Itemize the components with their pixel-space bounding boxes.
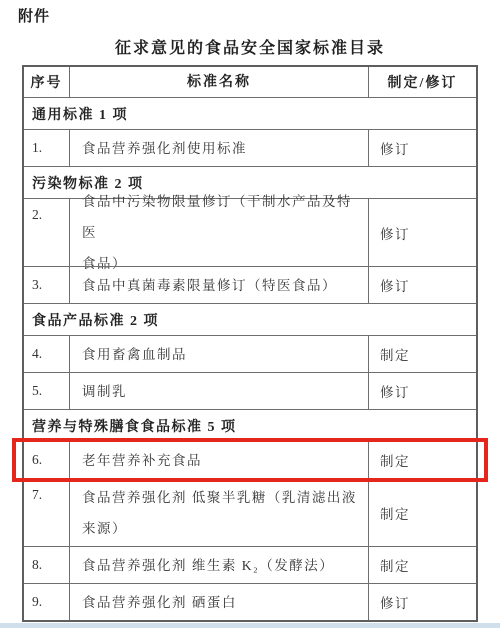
table-row: 3. 食品中真菌毒素限量修订（特医食品） 修订 [24,266,476,303]
table-row: 4. 食用畜禽血制品 制定 [24,335,476,372]
row-name-cell: 食品营养强化剂 硒蛋白 [70,584,369,620]
row-index-cell: 2. [24,199,70,266]
section-row: 营养与特殊膳食食品标准 5 项 [24,409,476,441]
row-index-cell: 5. [24,373,70,409]
table-row: 7. 食品营养强化剂 低聚半乳糖（乳清滤出液 来源） 制定 [24,478,476,546]
table-row: 5. 调制乳 修订 [24,372,476,409]
row-name-cell: 调制乳 [70,373,369,409]
row-index-cell: 1. [24,130,70,166]
row-name-cell: 食品营养强化剂 维生素 K₂（发酵法） [70,547,369,583]
table-row: 8. 食品营养强化剂 维生素 K₂（发酵法） 制定 [24,546,476,583]
header-index-cell: 序号 [24,67,70,97]
row-action-cell: 制定 [369,547,476,583]
row-index-cell: 7. [24,479,70,546]
row-index-cell: 9. [24,584,70,620]
section-label: 通用标准 1 项 [24,98,476,129]
row-index-cell: 8. [24,547,70,583]
document-page: { "page": { "attachment_label": "附件", "t… [0,0,500,628]
table-header-row: 序号 标准名称 制定/修订 [24,67,476,97]
row-action-cell: 制定 [369,336,476,372]
table-row: 2. 食品中污染物限量修订（干制水产品及特医 食品） 修订 [24,198,476,266]
header-action-cell: 制定/修订 [369,67,476,97]
section-row: 食品产品标准 2 项 [24,303,476,335]
table-row: 6. 老年营养补充食品 制定 [24,441,476,478]
row-action-cell: 修订 [369,584,476,620]
header-name-cell: 标准名称 [70,67,369,97]
row-name-cell: 食用畜禽血制品 [70,336,369,372]
row-index-cell: 4. [24,336,70,372]
row-action-cell: 修订 [369,267,476,303]
row-index-cell: 3. [24,267,70,303]
bottom-edge-strip [0,623,500,628]
attachment-label: 附件 [18,5,50,26]
table-row: 1. 食品营养强化剂使用标准 修订 [24,129,476,166]
row-action-cell: 修订 [369,199,476,266]
page-title: 征求意见的食品安全国家标准目录 [0,35,500,58]
row-index-cell: 6. [24,442,70,478]
row-action-cell: 制定 [369,479,476,546]
row-name-cell: 食品营养强化剂使用标准 [70,130,369,166]
row-name-cell: 食品中真菌毒素限量修订（特医食品） [70,267,369,303]
standards-table: 序号 标准名称 制定/修订 通用标准 1 项 1. 食品营养强化剂使用标准 修订… [22,65,478,622]
table-body: 通用标准 1 项 1. 食品营养强化剂使用标准 修订 污染物标准 2 项 2. … [24,97,476,620]
section-row: 通用标准 1 项 [24,97,476,129]
row-name-cell: 食品营养强化剂 低聚半乳糖（乳清滤出液 来源） [70,479,369,546]
row-name-cell: 食品中污染物限量修订（干制水产品及特医 食品） [70,199,369,266]
section-label: 营养与特殊膳食食品标准 5 项 [24,410,476,441]
section-label: 食品产品标准 2 项 [24,304,476,335]
row-action-cell: 制定 [369,442,476,478]
row-name-cell: 老年营养补充食品 [70,442,369,478]
table-row: 9. 食品营养强化剂 硒蛋白 修订 [24,583,476,620]
row-action-cell: 修订 [369,373,476,409]
row-action-cell: 修订 [369,130,476,166]
